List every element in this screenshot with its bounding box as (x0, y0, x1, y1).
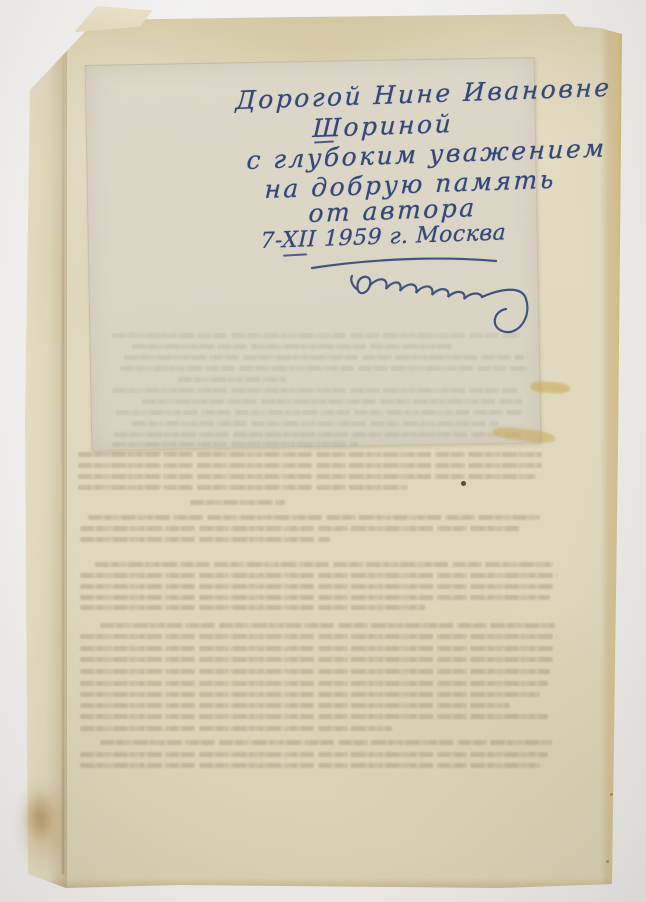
signature-flourish (300, 248, 545, 343)
inscription-line-1: Дорогой Нине Ивановне (235, 73, 612, 115)
photo-backdrop: Дорогой Нине Ивановне Шориной с глубоким… (0, 0, 646, 902)
handwritten-inscription: Дорогой Нине Ивановне Шориной с глубоким… (0, 0, 646, 902)
inscription-line-2: Шориной (312, 109, 454, 143)
